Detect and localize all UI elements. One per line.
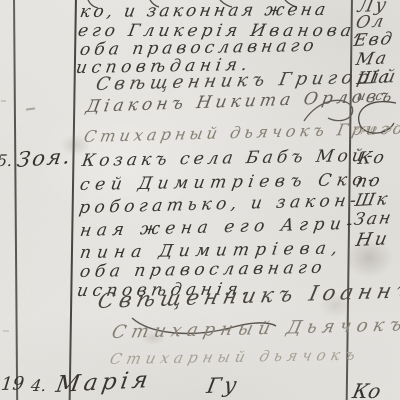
text-fragment: Ко bbox=[351, 381, 383, 400]
text-fragment: Гу bbox=[205, 375, 241, 397]
margin-mark bbox=[3, 330, 9, 332]
right-column-fragment: Ни bbox=[354, 230, 391, 250]
right-column-fragment: Ко bbox=[356, 150, 387, 168]
record-count-number: 4. bbox=[30, 378, 48, 394]
day-number: 19 bbox=[0, 375, 25, 394]
name-fragment: Марія bbox=[54, 369, 153, 397]
parent-line: оба православнаго bbox=[79, 260, 328, 281]
margin-mark bbox=[1, 100, 6, 102]
right-column-fragment: Евд bbox=[352, 31, 395, 50]
right-column-fragment: Ша bbox=[355, 69, 392, 88]
column-rule-left bbox=[13, 0, 18, 400]
right-column-fragment: Зан bbox=[352, 210, 394, 229]
child-name: Зоя. bbox=[16, 146, 74, 171]
right-column-fragment: по bbox=[354, 173, 383, 191]
parent-line: робогатько, и закон- bbox=[78, 193, 362, 217]
margin-mark bbox=[26, 107, 35, 110]
column-rule-inner bbox=[69, 0, 78, 400]
parent-line: Козакъ села Бабъ Мой- bbox=[81, 148, 378, 170]
faint-signature: Стихарный дьячокъ bbox=[108, 348, 361, 367]
right-column-fragment: Ма bbox=[354, 50, 389, 69]
register-page: ко, и законная жена его Гликерія Иванова… bbox=[0, 0, 400, 400]
sexton-signature: Стихарный Дьячокъ bbox=[110, 316, 400, 342]
record-count-number: 5. bbox=[0, 153, 13, 169]
right-column-fragment: и с bbox=[355, 90, 387, 103]
right-column-fragment: гро рі bbox=[353, 123, 400, 134]
parent-line: ная жена его Агри- bbox=[79, 216, 359, 240]
record-line: ко, и законная жена bbox=[79, 2, 330, 21]
right-column-fragment: Шк bbox=[353, 191, 390, 210]
